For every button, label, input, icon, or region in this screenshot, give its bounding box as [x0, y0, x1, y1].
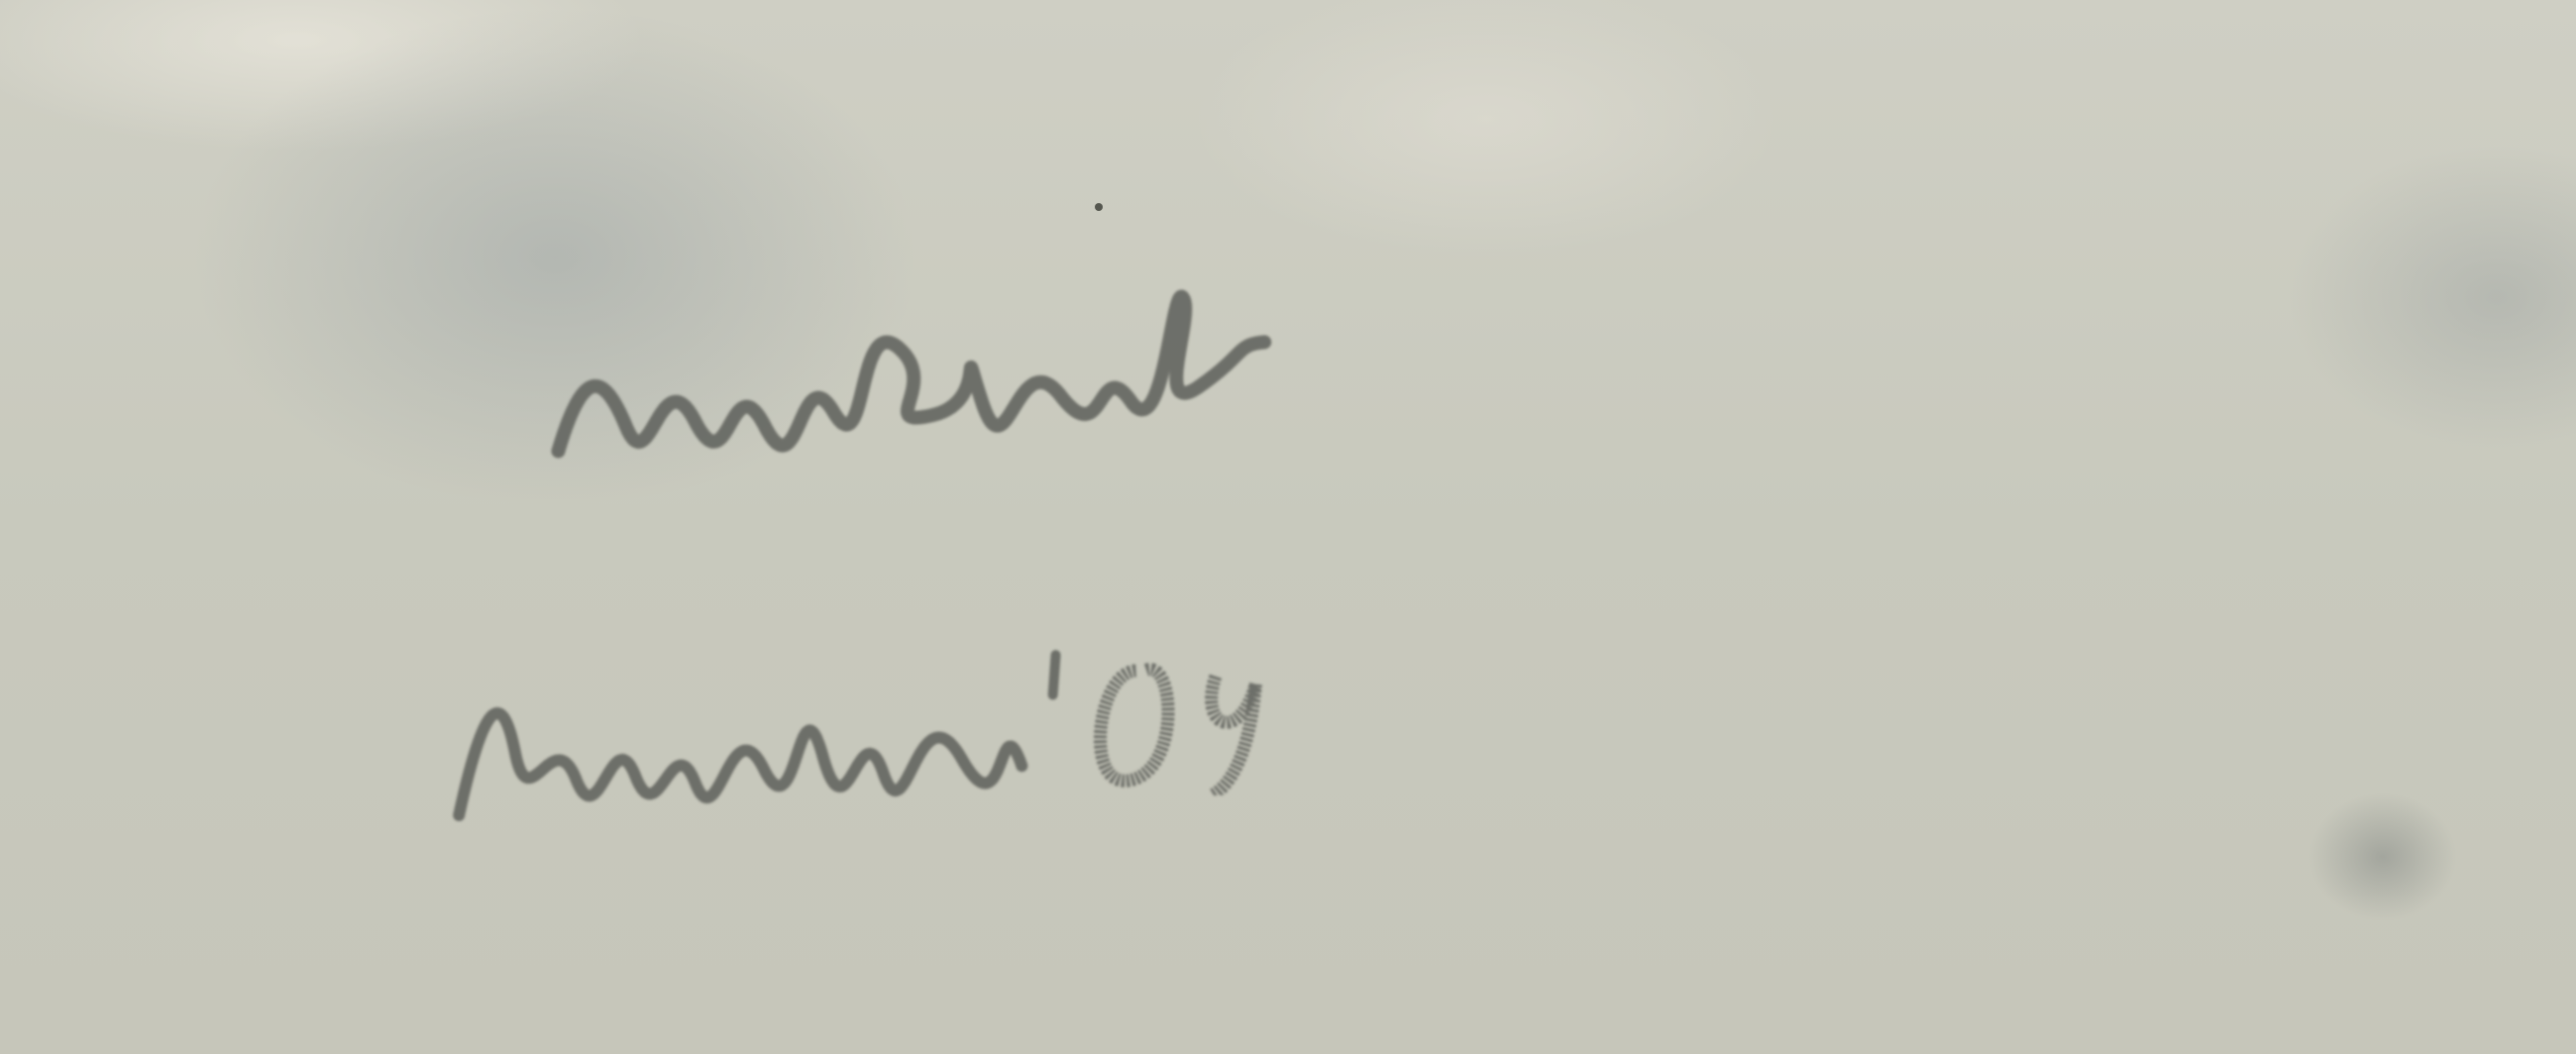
pencil-smudge — [2308, 792, 2457, 921]
paper-background: (illegible cursive, line 1) (illegible c… — [0, 0, 2576, 1054]
cursive-scribble-icon — [539, 262, 1292, 481]
cursive-scribble-icon — [441, 621, 1341, 836]
pencil-speck — [1095, 203, 1103, 211]
inscription-line-1 — [539, 262, 1295, 517]
inscription-line-2 — [441, 621, 1342, 867]
